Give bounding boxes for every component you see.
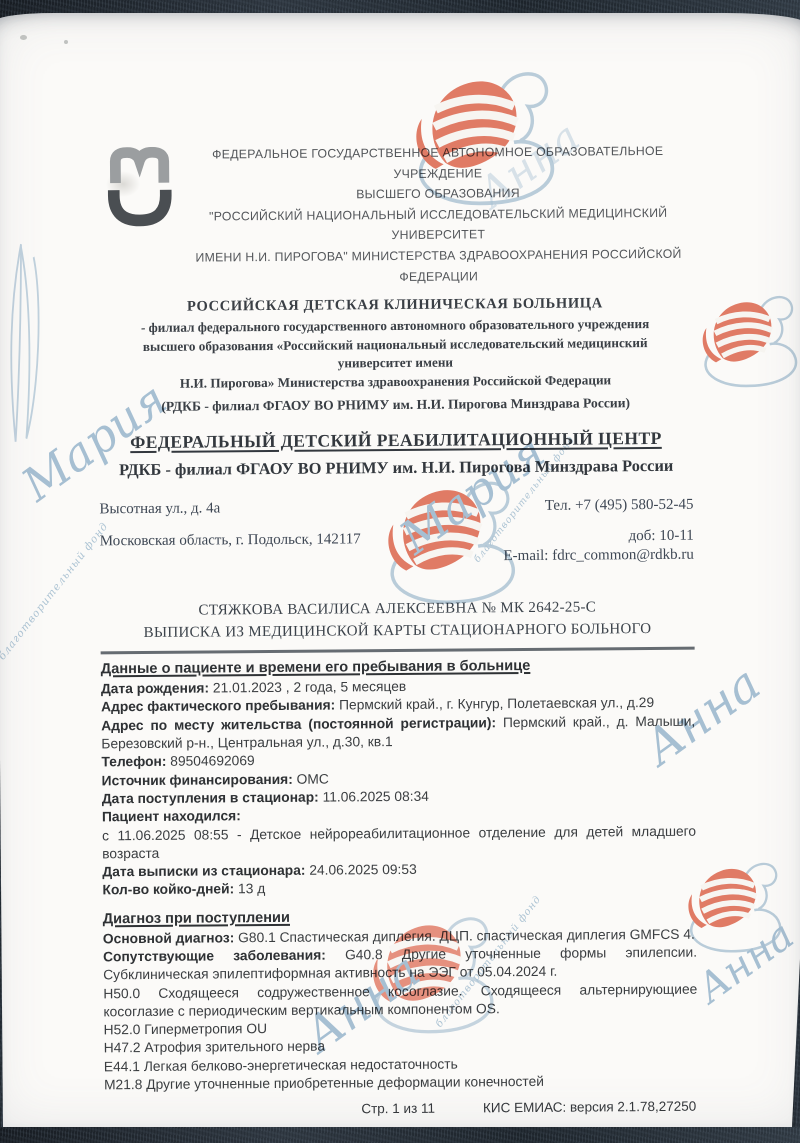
center-subtitle: РДКБ - филиал ФГАОУ ВО РНИМУ им. Н.И. Пи… (99, 455, 693, 482)
center-title-block: ФЕДЕРАЛЬНЫЙ ДЕТСКИЙ РЕАБИЛИТАЦИОННЫЙ ЦЕН… (99, 428, 693, 482)
center-title: ФЕДЕРАЛЬНЫЙ ДЕТСКИЙ РЕАБИЛИТАЦИОННЫЙ ЦЕН… (99, 428, 693, 454)
field-label: Дата рождения: (101, 681, 209, 697)
field-value: 11.06.2025 08:34 (319, 789, 429, 805)
field-label: Пациент находился: (102, 808, 241, 824)
field-row: Адрес по месту жительства (постоянной ре… (101, 712, 695, 753)
page-footer: Стр. 1 из 11 КИС ЕМИАС: версия 2.1.78,27… (104, 1099, 698, 1119)
field-value: 89504692069 (166, 753, 254, 769)
patient-info-section: Данные о пациенте и времени его пребыван… (101, 657, 697, 900)
org-name-line: ФЕДЕРАЛЬНОЕ ГОСУДАРСТВЕННОЕ АВТОНОМНОЕ О… (185, 141, 691, 186)
field-label: Источник финансирования: (102, 771, 293, 788)
field-label: Адрес по месту жительства (постоянной ре… (101, 715, 496, 733)
field-value: H50.0 Сходящееся содружественное косогла… (103, 981, 697, 1019)
field-label: Дата выписки из стационара: (102, 863, 305, 880)
section-heading: Диагноз при поступлении (103, 906, 697, 927)
field-value: H52.0 Гиперметропия OU (104, 1021, 268, 1037)
contact-block: Высотная ул., д. 4а Московская область, … (99, 497, 694, 569)
watermark-script-small: благотворительный фонд (0, 520, 111, 662)
field-value: 13 д (234, 881, 265, 896)
backdrop-edge-left (0, 408, 3, 1127)
tulip-watermark-icon (0, 238, 48, 448)
hospital-line: (РДКБ - филиал ФГАОУ ВО РНИМУ им. Н.И. П… (99, 393, 693, 416)
address-line: Московская область, г. Подольск, 142117 (100, 531, 361, 550)
org-name-line: ИМЕНИ Н.И. ПИРОГОВА" МИНИСТЕРСТВА ЗДРАВО… (185, 244, 691, 289)
paper-speck (64, 40, 68, 44)
page-number: Стр. 1 из 11 (361, 1101, 435, 1117)
title-divider (101, 647, 695, 655)
field-row: Кол-во койко-дней: 13 д (102, 877, 696, 900)
diagnosis-row: H50.0 Сходящееся содружественное косогла… (103, 980, 697, 1021)
hospital-title: РОССИЙСКАЯ ДЕТСКАЯ КЛИНИЧЕСКАЯ БОЛЬНИЦА (98, 295, 692, 317)
paper-speck (20, 35, 27, 40)
scanned-medical-discharge-document: ФЕДЕРАЛЬНОЕ ГОСУДАРСТВЕННОЕ АВТОНОМНОЕ О… (0, 0, 800, 1143)
document-content: ФЕДЕРАЛЬНОЕ ГОСУДАРСТВЕННОЕ АВТОНОМНОЕ О… (96, 13, 699, 1127)
diagnosis-row: M21.8 Другие уточненные приобретенные де… (104, 1072, 698, 1095)
field-label: Основной диагноз: (103, 930, 235, 946)
watermark-script: Анна (689, 912, 800, 1012)
field-label: Сопутствующие заболевания: (103, 948, 326, 965)
field-value: с 11.06.2025 08:55 - Детское нейрореабил… (102, 823, 696, 861)
contact-phone-email: Тел. +7 (495) 580-52-45 доб: 10-11 E-mai… (503, 497, 694, 565)
field-value: 21.01.2023 , 2 года, 5 месяцев (209, 679, 406, 696)
admission-diagnosis-section: Диагноз при поступлении Основной диагноз… (103, 906, 698, 1094)
rnimu-university-logo-icon (101, 147, 192, 234)
field-value: ОМС (293, 771, 329, 786)
field-label: Дата поступления в стационар: (102, 790, 319, 807)
address-line: Высотная ул., д. 4а (99, 499, 360, 518)
charity-stamp-icon (686, 291, 800, 394)
field-label: Телефон: (101, 754, 166, 770)
field-value: E44.1 Легкая белково-энергетическая недо… (104, 1056, 458, 1074)
contact-address: Высотная ул., д. 4а Московская область, … (99, 499, 361, 568)
document-header: ФЕДЕРАЛЬНОЕ ГОСУДАРСТВЕННОЕ АВТОНОМНОЕ О… (97, 141, 692, 290)
section-heading: Данные о пациенте и времени его пребыван… (101, 657, 695, 678)
system-version: КИС ЕМИАС: версия 2.1.78,27250 (483, 1099, 696, 1116)
field-value: H47.2 Атрофия зрительного нерва (104, 1039, 325, 1056)
field-value: Пермский край., г. Кунгур, Полетаевская … (335, 695, 654, 713)
document-type-line: ВЫПИСКА ИЗ МЕДИЦИНСКОЙ КАРТЫ СТАЦИОНАРНО… (100, 618, 694, 645)
email-line: E-mail: fdrc_common@rdkb.ru (503, 547, 694, 565)
hospital-line: Н.И. Пирогова» Министерства здравоохране… (98, 371, 692, 394)
phone-ext-line: доб: 10-11 (503, 528, 694, 546)
backdrop-edge-right (792, 833, 800, 1127)
field-row: с 11.06.2025 08:55 - Детское нейрореабил… (102, 822, 696, 863)
field-label: Адрес фактического пребывания: (101, 698, 335, 715)
document-paper: ФЕДЕРАЛЬНОЕ ГОСУДАРСТВЕННОЕ АВТОНОМНОЕ О… (0, 13, 800, 1127)
org-name-block: ФЕДЕРАЛЬНОЕ ГОСУДАРСТВЕННОЕ АВТОНОМНОЕ О… (185, 141, 692, 289)
hospital-name-block: РОССИЙСКАЯ ДЕТСКАЯ КЛИНИЧЕСКАЯ БОЛЬНИЦА … (98, 295, 693, 417)
field-value: M21.8 Другие уточненные приобретенные де… (104, 1074, 544, 1092)
diagnosis-row: Сопутствующие заболевания: G40.8 Другие … (103, 944, 697, 985)
phone-line: Тел. +7 (495) 580-52-45 (503, 497, 694, 515)
field-value: 24.06.2025 09:53 (305, 862, 416, 878)
document-title: СТЯЖКОВА ВАСИЛИСА АЛЕКСЕЕВНА № МК 2642-2… (100, 596, 694, 655)
field-label: Кол-во койко-дней: (102, 882, 234, 898)
field-value: G80.1 Спастическая диплегия. ДЦП. спасти… (234, 926, 695, 945)
